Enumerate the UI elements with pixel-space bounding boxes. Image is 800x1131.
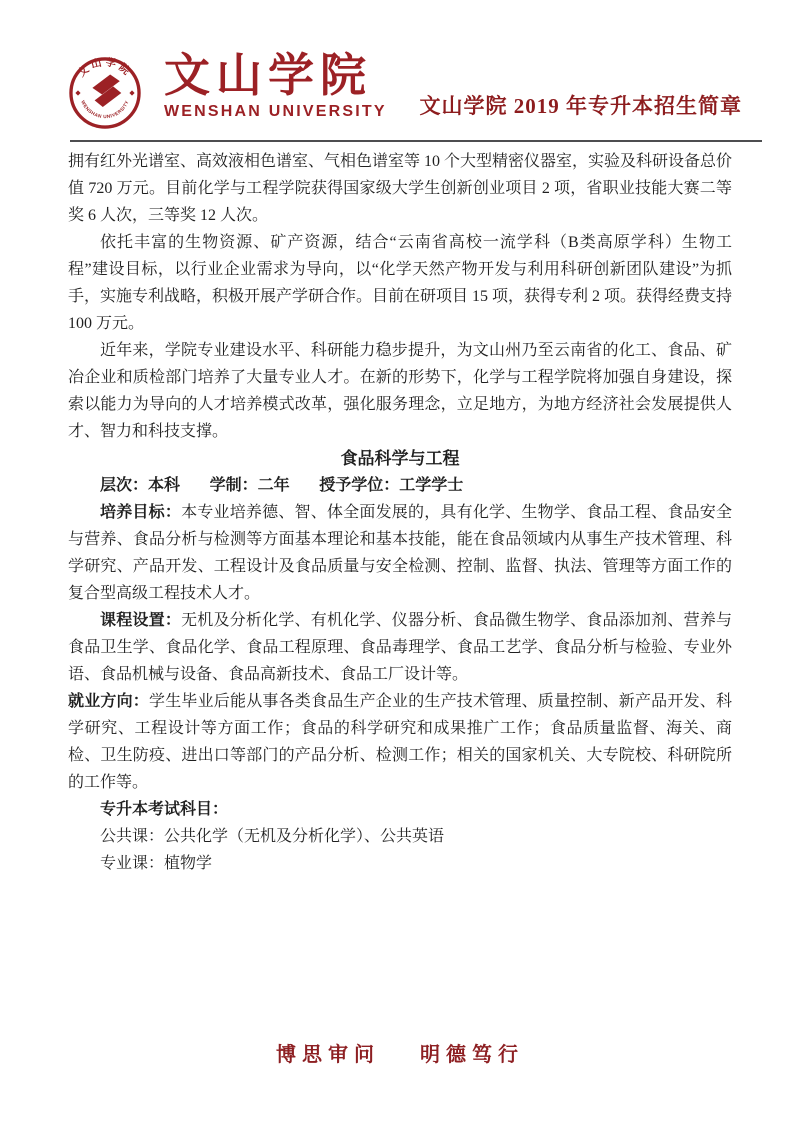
seal-left-diamond-icon bbox=[75, 90, 80, 95]
university-name-cn: 文山学院 bbox=[164, 52, 387, 100]
objective-paragraph: 培养目标：本专业培养德、智、体全面发展的，具有化学、生物学、食品工程、食品安全与… bbox=[68, 499, 732, 607]
exam-public-course-line: 公共课：公共化学（无机及分析化学）、公共英语 bbox=[68, 823, 732, 850]
career-text: 学生毕业后能从事各类食品生产企业的生产技术管理、质量控制、新产品开发、科学研究、… bbox=[68, 693, 732, 791]
program-level-value: 本科 bbox=[148, 477, 180, 494]
university-seal-icon: 文山学院 WENSHAN UNIVERSITY bbox=[68, 56, 142, 130]
footer-motto-right: 明德笃行 bbox=[420, 1044, 524, 1066]
intro-paragraph-1: 拥有红外光谱室、高效液相色谱室、气相色谱室等 10 个大型精密仪器室，实验及科研… bbox=[68, 148, 732, 229]
footer-motto-left: 博思审问 bbox=[276, 1044, 380, 1066]
program-meta-line: 层次：本科 学制：二年 授予学位：工学学士 bbox=[68, 472, 732, 499]
career-label: 就业方向： bbox=[68, 693, 149, 710]
program-duration-value: 二年 bbox=[258, 477, 290, 494]
program-level-label: 层次： bbox=[100, 477, 148, 494]
career-paragraph: 就业方向：学生毕业后能从事各类食品生产企业的生产技术管理、质量控制、新产品开发、… bbox=[68, 688, 732, 796]
courses-paragraph: 课程设置：无机及分析化学、有机化学、仪器分析、食品微生物学、食品添加剂、营养与食… bbox=[68, 607, 732, 688]
university-brand: 文山学院 WENSHAN UNIVERSITY bbox=[164, 52, 387, 121]
page-header: 文山学院 WENSHAN UNIVERSITY 文山学院 WENSHAN UNI… bbox=[0, 0, 800, 130]
objective-label: 培养目标： bbox=[100, 504, 181, 521]
courses-label: 课程设置： bbox=[100, 612, 181, 629]
program-title: 食品科学与工程 bbox=[68, 445, 732, 472]
program-degree-label: 授予学位： bbox=[319, 477, 399, 494]
seal-right-diamond-icon bbox=[129, 90, 134, 95]
document-title: 文山学院 2019 年专升本招生简章 bbox=[420, 90, 743, 130]
program-degree: 授予学位：工学学士 bbox=[319, 477, 463, 494]
program-duration: 学制：二年 bbox=[210, 477, 290, 494]
university-name-en: WENSHAN UNIVERSITY bbox=[164, 103, 387, 121]
document-page: 文山学院 WENSHAN UNIVERSITY 文山学院 WENSHAN UNI… bbox=[0, 0, 800, 1131]
seal-emblem-icon bbox=[92, 75, 121, 108]
intro-paragraph-3: 近年来，学院专业建设水平、科研能力稳步提升，为文山州乃至云南省的化工、食品、矿冶… bbox=[68, 337, 732, 445]
program-duration-label: 学制： bbox=[210, 477, 258, 494]
program-level: 层次：本科 bbox=[100, 477, 180, 494]
page-footer: 博思审问明德笃行 bbox=[0, 1038, 800, 1067]
exam-subjects-heading: 专升本考试科目： bbox=[68, 796, 732, 823]
exam-major-course-line: 专业课：植物学 bbox=[68, 850, 732, 877]
document-body: 拥有红外光谱室、高效液相色谱室、气相色谱室等 10 个大型精密仪器室，实验及科研… bbox=[0, 142, 800, 877]
program-degree-value: 工学学士 bbox=[399, 477, 463, 494]
intro-paragraph-2: 依托丰富的生物资源、矿产资源，结合“云南省高校一流学科（B类高原学科）生物工程”… bbox=[68, 229, 732, 337]
